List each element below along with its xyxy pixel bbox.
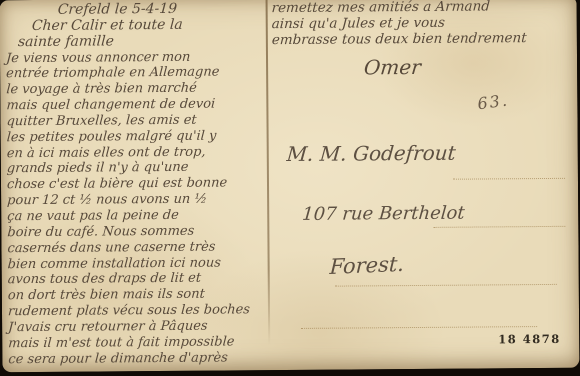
message-line: mais quel changement de devoi bbox=[6, 96, 267, 114]
message-line: ça ne vaut pas la peine de bbox=[7, 207, 268, 225]
recipient-name: M. M. Godefrout bbox=[286, 141, 457, 166]
message-line: embrasse tous deux bien tendrement bbox=[271, 30, 574, 48]
postcard-back: Crefeld le 5-4-19 Cher Calir et toute la… bbox=[0, 0, 579, 372]
pencil-price-mark: 63. bbox=[476, 90, 510, 113]
message-line: boire du café. Nous sommes bbox=[7, 223, 268, 241]
message-column-left: Crefeld le 5-4-19 Cher Calir et toute la… bbox=[6, 1, 269, 367]
signature: Omer bbox=[363, 54, 575, 80]
message-line: les petites poules malgré qu'il y bbox=[6, 128, 267, 146]
message-line: ce sera pour le dimanche d'après bbox=[8, 350, 269, 368]
address-dotted-line bbox=[433, 226, 565, 228]
city-name: Forest. bbox=[329, 252, 404, 279]
message-line: J'avais cru retourner à Pâques bbox=[8, 318, 269, 336]
message-line: rudement plats vécu sous les boches bbox=[8, 302, 269, 320]
salutation-line: sainte famille bbox=[17, 33, 266, 51]
salutation-line: Cher Calir et toute la bbox=[31, 17, 266, 35]
printed-serial-number: 18 4878 bbox=[498, 332, 561, 346]
message-line: casernés dans une caserne très bbox=[7, 239, 268, 257]
message-column-right: remettez mes amitiés a Armand ainsi qu'a… bbox=[272, 0, 575, 80]
address-dotted-line bbox=[453, 178, 565, 180]
address-dotted-line bbox=[335, 284, 557, 287]
street-address: 107 rue Berthelot bbox=[301, 203, 465, 225]
address-dotted-line bbox=[301, 326, 537, 329]
message-line: mais il m'est tout à fait impossible bbox=[8, 334, 269, 352]
message-line: quitter Bruxelles, les amis et bbox=[6, 112, 267, 130]
